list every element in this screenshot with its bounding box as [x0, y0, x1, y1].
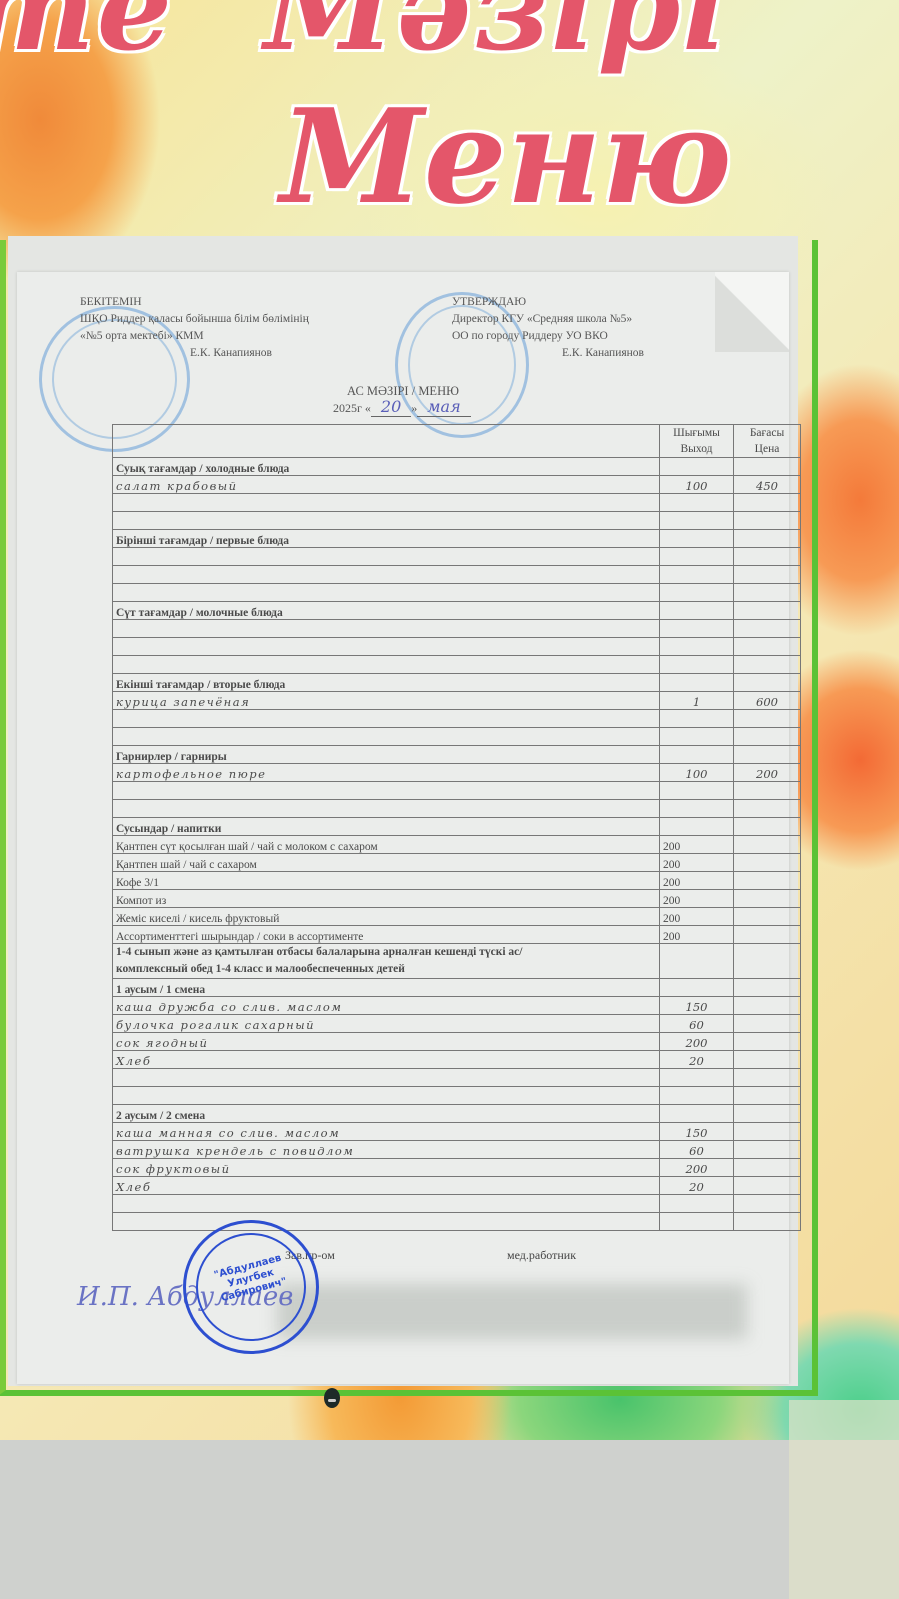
approval-heading: БЕКІТЕМІН [80, 294, 309, 311]
document-date: 2025г «20»мая [333, 397, 471, 416]
table-row [113, 512, 801, 530]
approval-org-line: «№5 орта мектебі» КММ [80, 328, 309, 345]
drink-name: Қантпен шай / чай с сахаром [113, 854, 660, 872]
drink-name: Қантпен сүт қосылған шай / чай с молоком… [113, 836, 660, 854]
drink-name: Кофе 3/1 [113, 872, 660, 890]
dish-name: Хлеб [113, 1051, 660, 1069]
drink-yield: 200 [660, 890, 734, 908]
table-row [113, 782, 801, 800]
round-seal-stamp: "Абдуллаев Улугбек Сабирович" [183, 1220, 319, 1354]
header-label-kz: Бағасы [750, 427, 784, 439]
drink-name: Ассортименттегі шырындар / соки в ассорт… [113, 926, 660, 944]
smudge [277, 1284, 747, 1339]
dish-yield: 200 [660, 1033, 734, 1051]
header-label-kz: Шығымы [673, 427, 720, 439]
table-row [113, 1213, 801, 1231]
dish-yield: 150 [660, 1123, 734, 1141]
dish-price: 200 [734, 764, 801, 782]
table-row: сок фруктовый200 [113, 1159, 801, 1177]
dish-price: 450 [734, 476, 801, 494]
dish-yield: 100 [660, 476, 734, 494]
table-row: Хлеб20 [113, 1051, 801, 1069]
table-row: Компот из200 [113, 890, 801, 908]
dish-name: сок фруктовый [113, 1159, 660, 1177]
table-row: салат крабовый100450 [113, 476, 801, 494]
section-row: 1 аусым / 1 смена [113, 979, 801, 997]
dish-yield: 60 [660, 1141, 734, 1159]
wall-stain [789, 1400, 899, 1599]
section-title-cold: Суық тағамдар / холодные блюда [113, 458, 660, 476]
pushpin-icon [324, 1388, 340, 1408]
table-row: Қантпен шай / чай с сахаром200 [113, 854, 801, 872]
menu-table: ШығымыВыход БағасыЦена Суық тағамдар / х… [112, 424, 801, 1231]
dish-name: курица запечёная [113, 692, 660, 710]
table-row: Кофе 3/1200 [113, 872, 801, 890]
drink-yield: 200 [660, 872, 734, 890]
poster-title-kazakh: теМәзірі [0, 0, 729, 77]
section-row: 1-4 сынып және аз қамтылған отбасы балал… [113, 944, 801, 979]
table-row: Хлеб20 [113, 1177, 801, 1195]
drink-yield: 200 [660, 836, 734, 854]
dish-name: картофельное пюре [113, 764, 660, 782]
folded-corner [715, 272, 789, 352]
table-row [113, 494, 801, 512]
section-row: 2 аусым / 2 смена [113, 1105, 801, 1123]
dish-name: ватрушка крендель с повидлом [113, 1141, 660, 1159]
section-title-drinks: Сусындар / напитки [113, 818, 660, 836]
dish-yield: 60 [660, 1015, 734, 1033]
table-row [113, 1087, 801, 1105]
section-title-dairy: Сүт тағамдар / молочные блюда [113, 602, 660, 620]
dish-name: сок ягодный [113, 1033, 660, 1051]
table-row [113, 638, 801, 656]
table-row: каша манная со слив. маслом150 [113, 1123, 801, 1141]
table-row [113, 584, 801, 602]
table-row [113, 800, 801, 818]
table-row [113, 620, 801, 638]
table-row: Ассортименттегі шырындар / соки в ассорт… [113, 926, 801, 944]
approval-block-right: УТВЕРЖДАЮ Директор КГУ «Средняя школа №5… [452, 294, 644, 362]
approval-org-line: Директор КГУ «Средняя школа №5» [452, 311, 644, 328]
section-row: Екінші тағамдар / вторые блюда [113, 674, 801, 692]
drink-yield: 200 [660, 926, 734, 944]
dish-yield: 20 [660, 1177, 734, 1195]
section-title-first: Бірінші тағамдар / первые блюда [113, 530, 660, 548]
poster-title-word: Мәзірі [264, 0, 729, 77]
section-row: Сусындар / напитки [113, 818, 801, 836]
wall [0, 1440, 899, 1599]
section-title-complex: 1-4 сынып және аз қамтылған отбасы балал… [113, 944, 660, 979]
stamp-line: Сабирович" [190, 1268, 319, 1313]
dish-yield: 100 [660, 764, 734, 782]
table-row: Қантпен сүт қосылған шай / чай с молоком… [113, 836, 801, 854]
approval-org-line: ОО по городу Риддеру УО ВКО [452, 328, 644, 345]
complex-title-kz: 1-4 сынып және аз қамтылған отбасы балал… [116, 946, 522, 958]
section-row: Суық тағамдар / холодные блюда [113, 458, 801, 476]
approval-signatory: Е.К. Канапиянов [562, 345, 644, 362]
dish-name: булочка рогалик сахарный [113, 1015, 660, 1033]
drink-name: Компот из [113, 890, 660, 908]
approval-heading: УТВЕРЖДАЮ [452, 294, 644, 311]
stamp-line: "Абдуллаев [184, 1245, 313, 1290]
table-header-row: ШығымыВыход БағасыЦена [113, 425, 801, 458]
header-cell-dish [113, 425, 660, 458]
section-title-shift1: 1 аусым / 1 смена [113, 979, 660, 997]
dish-yield: 1 [660, 692, 734, 710]
header-cell-price: БағасыЦена [734, 425, 801, 458]
table-row [113, 548, 801, 566]
section-title-shift2: 2 аусым / 2 смена [113, 1105, 660, 1123]
section-row: Бірінші тағамдар / первые блюда [113, 530, 801, 548]
dish-yield: 150 [660, 997, 734, 1015]
table-row [113, 710, 801, 728]
date-month: мая [417, 397, 470, 417]
table-row: курица запечёная1600 [113, 692, 801, 710]
medic-label: мед.работник [507, 1248, 576, 1263]
dish-name: каша манная со слив. маслом [113, 1123, 660, 1141]
table-row: булочка рогалик сахарный60 [113, 1015, 801, 1033]
poster-title-fragment: те [0, 0, 174, 77]
poster-title-russian: Меню [280, 80, 732, 233]
table-row: каша дружба со слив. маслом150 [113, 997, 801, 1015]
dish-price: 600 [734, 692, 801, 710]
header-label-ru: Цена [755, 443, 780, 455]
menu-document: БЕКІТЕМІН ШҚО Риддер қаласы бойынша білі… [17, 272, 789, 1384]
table-row: Жеміс киселі / кисель фруктовый200 [113, 908, 801, 926]
section-title-garnish: Гарнирлер / гарниры [113, 746, 660, 764]
approval-block-left: БЕКІТЕМІН ШҚО Риддер қаласы бойынша білі… [80, 294, 309, 362]
approval-signatory: Е.К. Канапиянов [190, 345, 309, 362]
section-row: Гарнирлер / гарниры [113, 746, 801, 764]
table-row [113, 728, 801, 746]
drink-yield: 200 [660, 854, 734, 872]
header-cell-yield: ШығымыВыход [660, 425, 734, 458]
stamp-text: "Абдуллаев Улугбек Сабирович" [184, 1245, 319, 1313]
section-row: Сүт тағамдар / молочные блюда [113, 602, 801, 620]
dish-yield: 20 [660, 1051, 734, 1069]
approval-org-line: ШҚО Риддер қаласы бойынша білім бөліміні… [80, 311, 309, 328]
dish-yield: 200 [660, 1159, 734, 1177]
table-row: ватрушка крендель с повидлом60 [113, 1141, 801, 1159]
dish-name: Хлеб [113, 1177, 660, 1195]
drink-name: Жеміс киселі / кисель фруктовый [113, 908, 660, 926]
header-label-ru: Выход [681, 443, 713, 455]
date-prefix: 2025г « [333, 401, 371, 415]
complex-title-ru: комплексный обед 1-4 класс и малообеспеч… [116, 963, 405, 975]
table-row [113, 1069, 801, 1087]
table-row [113, 656, 801, 674]
table-row: сок ягодный200 [113, 1033, 801, 1051]
dish-name: салат крабовый [113, 476, 660, 494]
table-row [113, 1195, 801, 1213]
drink-yield: 200 [660, 908, 734, 926]
dish-name: каша дружба со слив. маслом [113, 997, 660, 1015]
date-day: 20 [371, 397, 411, 417]
section-title-second: Екінші тағамдар / вторые блюда [113, 674, 660, 692]
table-row: картофельное пюре100200 [113, 764, 801, 782]
stamp-line: Улугбек [187, 1256, 316, 1301]
table-row [113, 566, 801, 584]
